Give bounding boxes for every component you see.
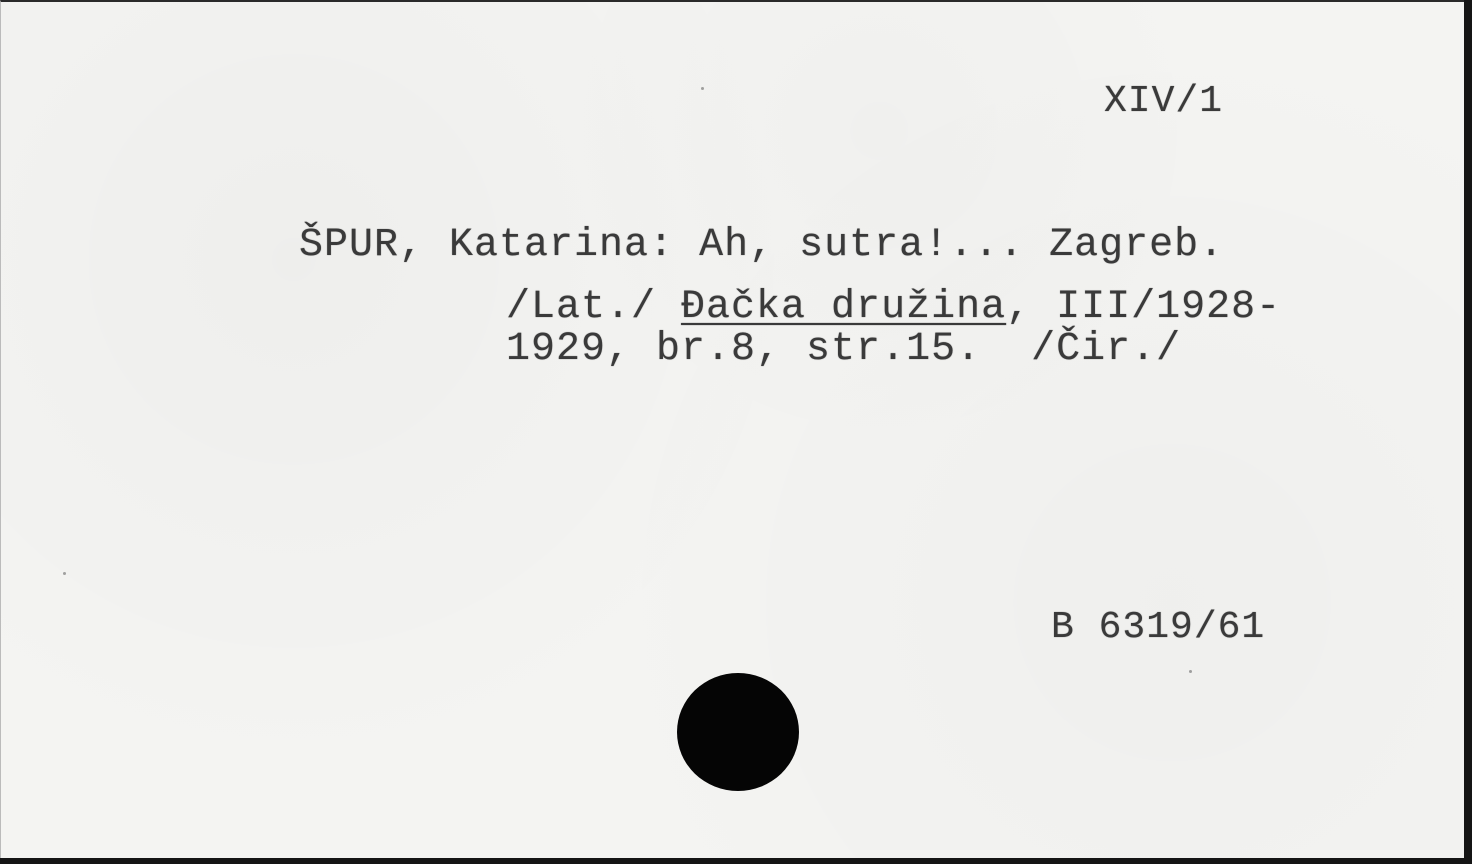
accession-number: B 6319/61 (1051, 606, 1265, 650)
catalog-card: XIV/1 ŠPUR, Katarina: Ah, sutra!... Zagr… (0, 0, 1465, 860)
paper-speck (1189, 670, 1192, 673)
card-right-edge (1464, 0, 1472, 864)
paper-speck (701, 87, 704, 90)
card-bottom-edge (0, 858, 1472, 864)
entry-line-issue-pages: 1929, br.8, str.15. /Čir./ (506, 328, 1181, 372)
punch-hole (677, 673, 799, 791)
paper-speck (63, 572, 66, 575)
script-note-latin: /Lat./ (506, 285, 681, 330)
call-number: XIV/1 (1104, 80, 1223, 124)
journal-title: Đačka družina (681, 285, 1006, 330)
entry-line-author-title: ŠPUR, Katarina: Ah, sutra!... Zagreb. (299, 224, 1224, 268)
journal-volume: , III/1928- (1006, 285, 1281, 330)
entry-line-source: /Lat./ Đačka družina, III/1928- (506, 286, 1281, 330)
